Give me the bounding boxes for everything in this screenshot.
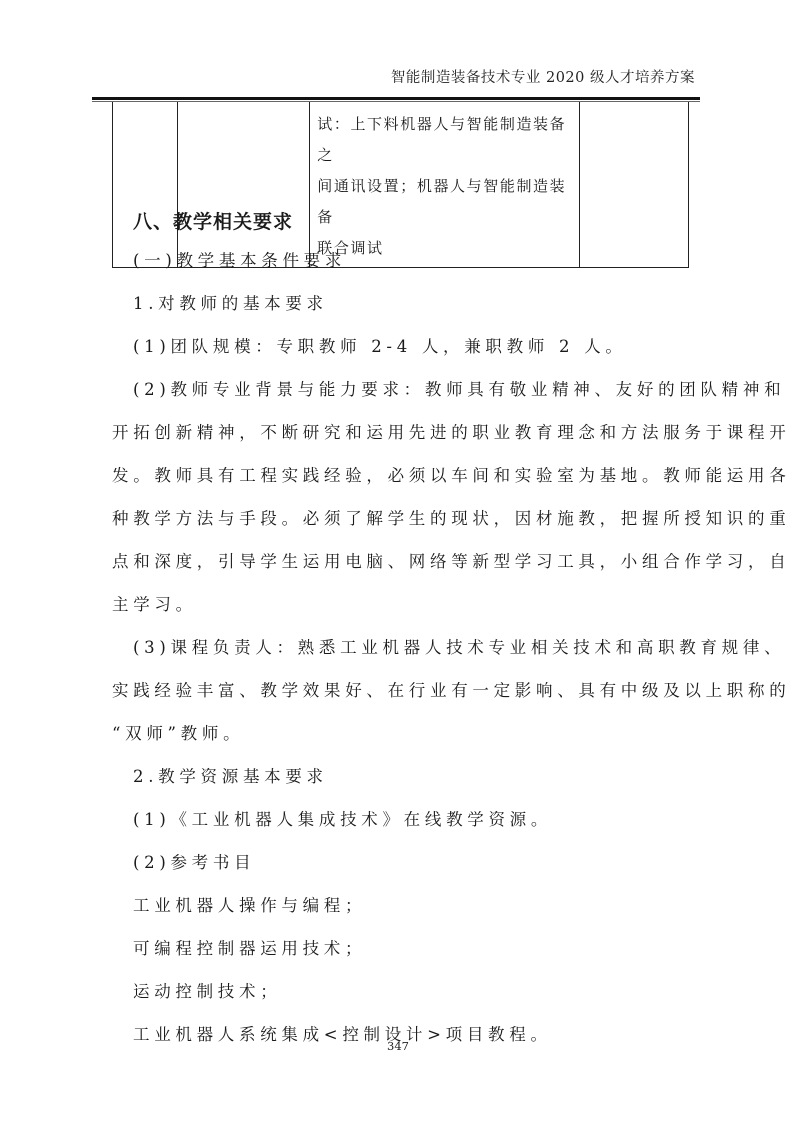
book-item: 工业机器人操作与编程； (133, 892, 366, 916)
paragraph-line: 点和深度，引导学生运用电脑、网络等新型学习工具，小组合作学习，自 (112, 548, 790, 572)
table-cell (177, 102, 310, 268)
paragraph-line: 开拓创新精神，不断研究和运用先进的职业教育理念和方法服务于课程开 (112, 419, 790, 443)
paragraph-line: 发。教师具有工程实践经验，必须以车间和实验室为基地。教师能运用各 (112, 462, 790, 486)
section-heading: 八、教学相关要求 (133, 207, 293, 234)
paragraph-line: “双师”教师。 (112, 720, 244, 744)
header-rule (92, 97, 700, 100)
running-header-title: 智能制造装备技术专业 2020 级人才培养方案 (391, 66, 695, 87)
table-cell (580, 102, 689, 268)
paragraph-line: (2)教师专业背景与能力要求：教师具有敬业精神、友好的团队精神和 (133, 376, 785, 400)
paragraph-team-size: (1)团队规模：专职教师 2-4 人，兼职教师 2 人。 (133, 333, 627, 357)
cell-line: 试：上下料机器人与智能制造装备之 (317, 109, 575, 171)
table-cell: 试：上下料机器人与智能制造装备之 间通讯设置；机器人与智能制造装备 联合调试 (310, 102, 580, 268)
paragraph-line: 主学习。 (112, 591, 197, 615)
resource-item: (1)《工业机器人集成技术》在线教学资源。 (133, 806, 552, 830)
paragraph-line: 种教学方法与手段。必须了解学生的现状，因材施教，把握所授知识的重 (112, 505, 790, 529)
cell-line: 间通讯设置；机器人与智能制造装备 (317, 171, 575, 233)
paragraph-line: 实践经验丰富、教学效果好、在行业有一定影响、具有中级及以上职称的 (112, 677, 790, 701)
book-item: 工业机器人系统集成<控制设计>项目教程。 (133, 1021, 552, 1045)
item-title: 1.对教师的基本要求 (133, 290, 328, 314)
curriculum-table-fragment: 试：上下料机器人与智能制造装备之 间通讯设置；机器人与智能制造装备 联合调试 (112, 102, 689, 268)
page-number: 347 (387, 1039, 409, 1053)
book-item: 运动控制技术； (133, 978, 281, 1002)
table-row: 试：上下料机器人与智能制造装备之 间通讯设置；机器人与智能制造装备 联合调试 (113, 102, 689, 268)
paragraph-line: (3)课程负责人：熟悉工业机器人技术专业相关技术和高职教育规律、 (133, 634, 785, 658)
resource-item: (2)参考书目 (133, 849, 255, 873)
item-title: 2.教学资源基本要求 (133, 763, 328, 787)
cell-line: 联合调试 (317, 233, 575, 264)
table-cell (113, 102, 178, 268)
book-item: 可编程控制器运用技术； (133, 935, 366, 959)
subheading: (一)教学基本条件要求 (133, 247, 346, 271)
